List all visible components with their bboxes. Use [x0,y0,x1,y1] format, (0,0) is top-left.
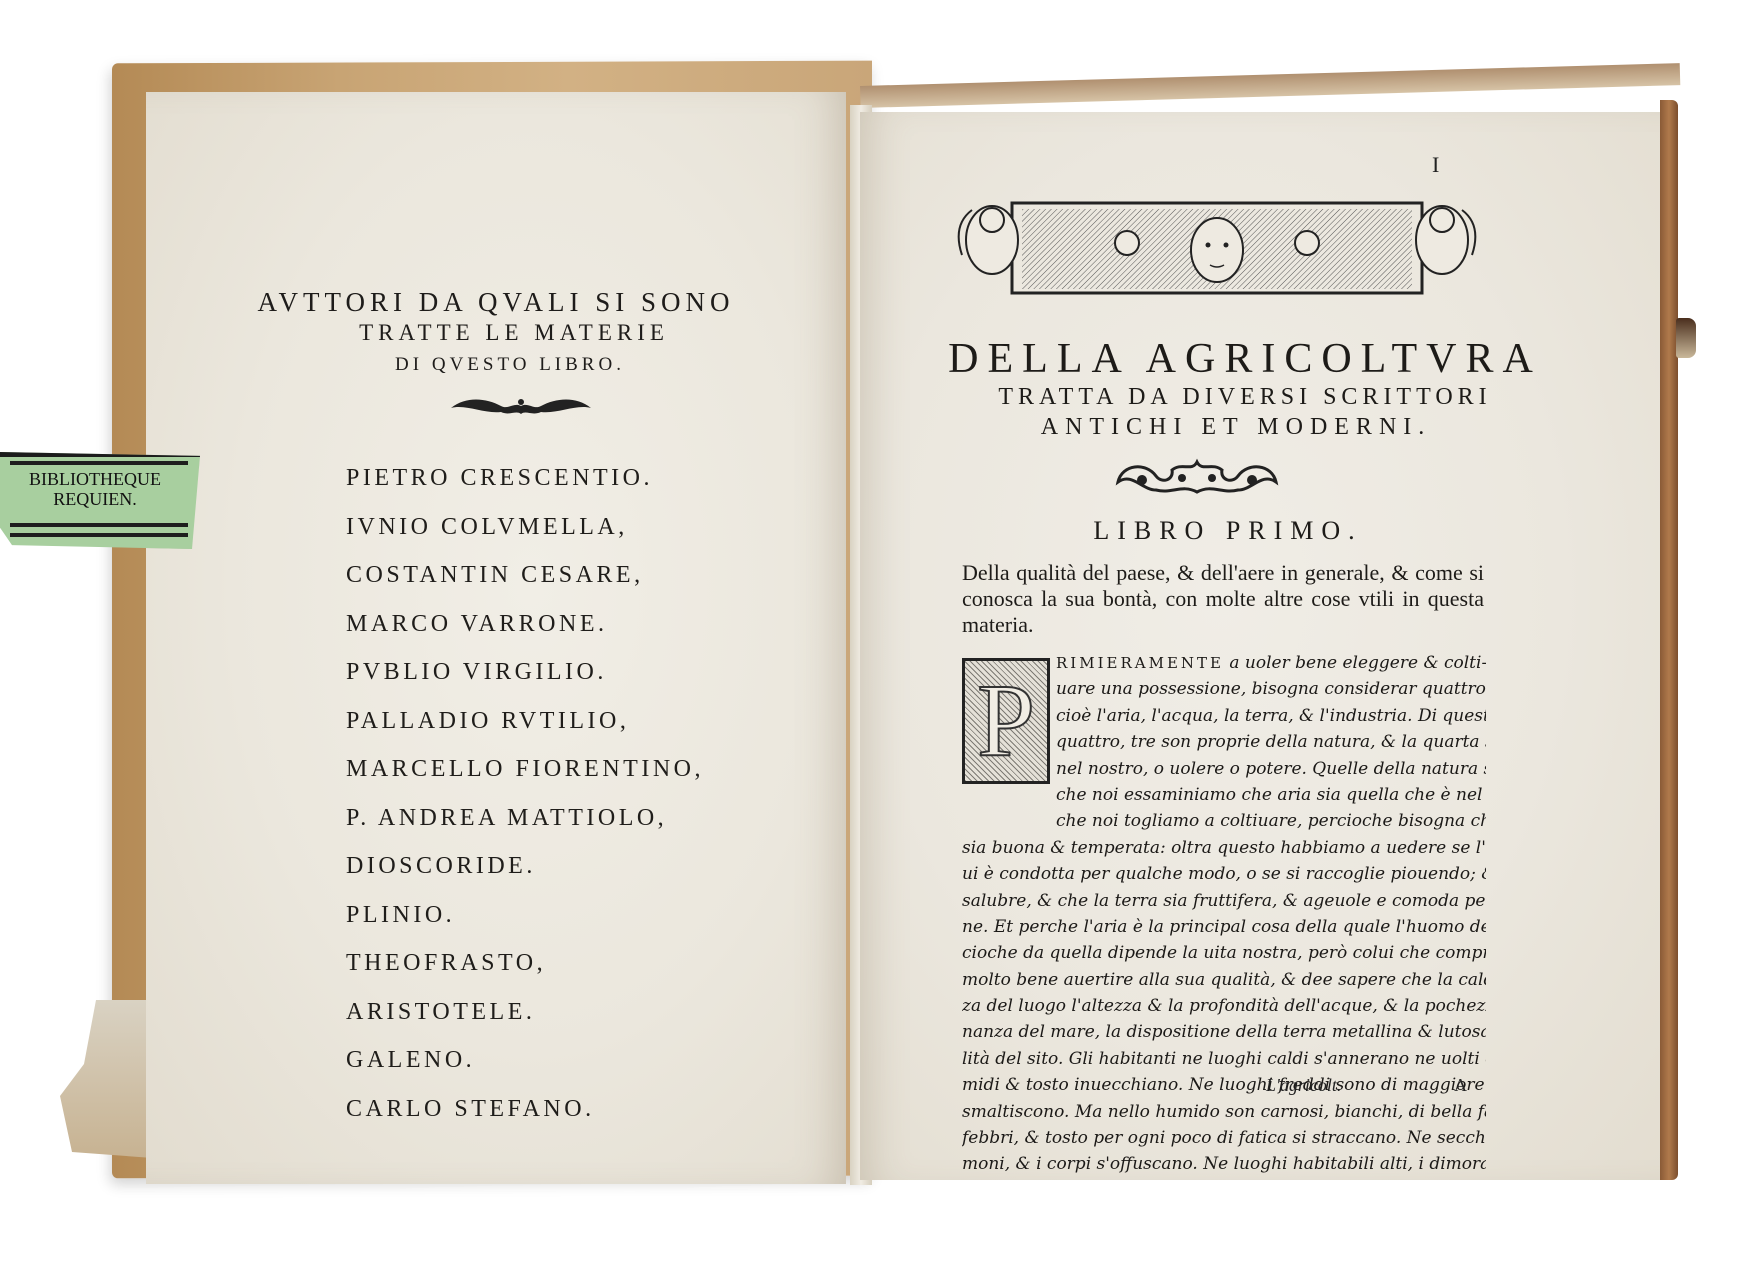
chapter-summary: Della qualità del paese, & dell'aere in … [962,560,1484,638]
left-page: AVTTORI DA QVALI SI SONO TRATTE LE MATER… [146,92,846,1184]
body-line: salubre, & che la terra sia fruttifera, … [962,888,1486,914]
body-line: nel nostro, o uolere o potere. Quelle de… [962,756,1486,782]
body-line: sia buona & temperata: oltra questo habb… [962,835,1486,861]
catchword: L'agricolt. [1266,1075,1341,1096]
left-page-title-line1: AVTTORI DA QVALI SI SONO [146,287,846,318]
body-line: che noi essaminiamo che aria sia quella … [962,782,1486,808]
label-rule [10,461,188,465]
body-line: moni, & i corpi s'offuscano. Ne luoghi h… [962,1151,1486,1177]
book-subtitle-line1: TRATTA DA DIVERSI SCRITTORI [845,384,1645,411]
body-line: cioche da quella dipende la uita nostra,… [962,940,1486,966]
book-title: DELLA AGRICOLTVRA [845,335,1645,383]
left-page-title-line2: TRATTE LE MATERIE [164,320,864,346]
open-book: AVTTORI DA QVALI SI SONO TRATTE LE MATER… [0,0,1746,1268]
body-line: febbri, & tosto per ogni poco di fatica … [962,1125,1486,1151]
left-page-title-line3: DI QVESTO LIBRO. [160,354,860,376]
fleuron-ornament-icon [1112,456,1282,498]
fleuron-ornament-icon [446,394,596,418]
label-rule [10,523,188,527]
woodcut-headpiece-icon [952,195,1482,300]
folio-number: I [1432,152,1439,178]
author-item: MARCO VARRONE. [346,600,704,649]
author-item: GALENO. [346,1036,704,1085]
author-item: PALLADIO RVTILIO, [346,697,704,746]
body-line: nanza del mare, la dispositione della te… [962,1019,1486,1045]
author-item: DIOSCORIDE. [346,842,704,891]
label-rule [10,533,188,537]
body-line-text: a uoler bene eleggere & colti- [1224,653,1486,673]
body-line: molto bene auertire alla sua qualità, & … [962,967,1486,993]
book-subtitle-line2: ANTICHI ET MODERNI. [836,414,1636,441]
body-text: RIMIERAMENTE a uoler bene eleggere & col… [962,650,1486,1178]
body-line: midi & tosto inuecchiano. Ne luoghi fred… [962,1072,1486,1098]
author-item: PIETRO CRESCENTIO. [346,454,704,503]
author-item: COSTANTIN CESARE, [346,551,704,600]
body-line: smaltiscono. Ma nello humido son carnosi… [962,1099,1486,1125]
tie-remnant [1676,318,1696,358]
author-item: THEOFRASTO, [346,939,704,988]
body-line: lità del sito. Gli habitanti ne luoghi c… [962,1046,1486,1072]
body-line: che noi togliamo a coltiuare, percioche … [962,808,1486,834]
label-line2: REQUIEN. [0,489,190,509]
body-line: ne. Et perche l'aria è la principal cosa… [962,914,1486,940]
first-word-smallcaps: RIMIERAMENTE [1056,654,1224,672]
right-cover-edge [1660,100,1678,1180]
library-label: BIBLIOTHEQUE REQUIEN. [0,452,200,549]
label-line1: BIBLIOTHEQUE [0,469,190,489]
authors-list: PIETRO CRESCENTIO. IVNIO COLVMELLA, COST… [346,454,704,1133]
body-line: quattro, tre son proprie della natura, &… [962,729,1486,755]
body-line: ui è condotta per qualche modo, o se si … [962,861,1486,887]
author-item: MARCELLO FIORENTINO, [346,745,704,794]
author-item: IVNIO COLVMELLA, [346,503,704,552]
body-line: za del luogo l'altezza & la profondità d… [962,993,1486,1019]
author-item: P. ANDREA MATTIOLO, [346,794,704,843]
body-line: cioè l'aria, l'acqua, la terra, & l'indu… [962,703,1486,729]
author-item: CARLO STEFANO. [346,1085,704,1134]
right-cover-top-edge [860,63,1680,108]
body-line: RIMIERAMENTE a uoler bene eleggere & col… [962,650,1486,676]
signature-mark: A [1454,1075,1467,1096]
author-item: PLINIO. [346,891,704,940]
author-item: PVBLIO VIRGILIO. [346,648,704,697]
book-heading: LIBRO PRIMO. [828,516,1628,546]
body-line: uare una possessione, bisogna considerar… [962,676,1486,702]
author-item: ARISTOTELE. [346,988,704,1037]
library-label-text: BIBLIOTHEQUE REQUIEN. [0,469,190,509]
